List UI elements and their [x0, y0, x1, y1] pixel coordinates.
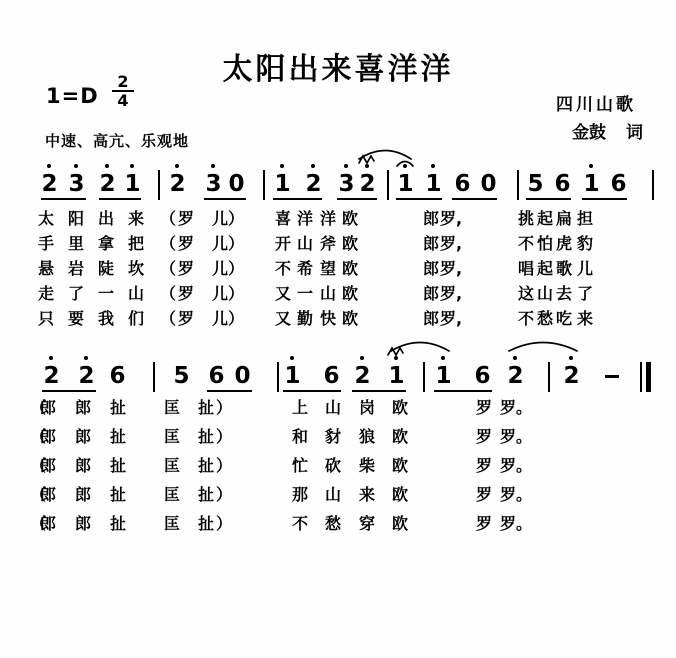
note-digit: 2: [41, 172, 56, 196]
lyric-char: 来: [577, 310, 593, 327]
note-digit: 2: [99, 172, 114, 196]
lyric-char: 罗,: [440, 235, 462, 252]
eighth-beam: [352, 390, 406, 392]
lyric-char: ）: [216, 457, 232, 474]
lyric-char: 里: [68, 235, 84, 252]
note-digit: 6: [610, 172, 625, 196]
note-digit: 6: [323, 364, 338, 388]
lyric-char: 郎: [75, 399, 91, 416]
lyric-char: 郎: [40, 486, 56, 503]
lyric-char: ）: [228, 285, 244, 302]
note-digit: 2: [359, 172, 374, 196]
lyric-char: 欧: [342, 235, 358, 252]
lyric-char: 罗。: [500, 399, 532, 416]
lyric-char: 不: [292, 515, 308, 532]
lyric-char: 郎: [40, 399, 56, 416]
barline: [158, 170, 160, 200]
lyric-char: 罗。: [500, 428, 532, 445]
lyric-char: 罗,: [440, 260, 462, 277]
lyric-char: 虎: [556, 235, 572, 252]
eighth-beam: [273, 198, 322, 200]
lyric-char: 起: [537, 210, 553, 227]
lyric-char: 那: [292, 486, 308, 503]
lyric-char: 山: [128, 285, 144, 302]
octave-dot: [441, 356, 445, 360]
song-title: 太阳出来喜洋洋: [223, 44, 454, 88]
lyric-char: 望: [320, 260, 336, 277]
octave-dot: [431, 164, 435, 168]
lyric-char: （: [160, 260, 176, 277]
lyric-char: 罗: [178, 260, 194, 277]
lyric-char: ）: [228, 260, 244, 277]
lyric-char: 豺: [325, 428, 341, 445]
octave-dot: [49, 356, 53, 360]
lyric-char: 罗,: [440, 310, 462, 327]
lyric-char: 罗,: [440, 210, 462, 227]
lyric-char: 山: [320, 285, 336, 302]
eighth-beam: [207, 390, 252, 392]
lyric-char: 儿: [212, 310, 228, 327]
lyric-char: 上: [292, 399, 308, 416]
octave-dot: [130, 164, 134, 168]
lyric-char: 扯: [110, 515, 126, 532]
lyric-char: 扁: [556, 210, 572, 227]
lyric-char: 悬: [38, 260, 54, 277]
lyric-char: 罗: [178, 310, 194, 327]
octave-dot: [569, 356, 573, 360]
lyric-char: 快: [320, 310, 336, 327]
octave-dot: [105, 164, 109, 168]
note-digit: 6: [554, 172, 569, 196]
eighth-beam: [41, 198, 86, 200]
lyricist-role: 词: [626, 123, 643, 143]
lyric-char: 欧: [392, 486, 408, 503]
lyric-char: ）: [216, 515, 232, 532]
lyric-char: 郎: [75, 486, 91, 503]
lyric-char: 欧: [392, 399, 408, 416]
octave-dot: [175, 164, 179, 168]
note-digit: 3: [68, 172, 83, 196]
lyric-char: 欧: [392, 515, 408, 532]
lyric-char: 一: [98, 285, 114, 302]
lyric-char: 砍: [325, 457, 341, 474]
lyric-char: 郎: [40, 457, 56, 474]
lyric-char: 扯: [110, 399, 126, 416]
lyric-char: 罗: [476, 399, 492, 416]
lyric-char: 怕: [537, 235, 553, 252]
credit-lyricist: 金鼓词: [572, 118, 643, 143]
time-signature-denominator: 4: [110, 93, 136, 108]
key-signature: 1=D: [46, 84, 99, 108]
lyric-char: 这: [518, 285, 534, 302]
lyric-char: 忙: [292, 457, 308, 474]
note-digit: 6: [208, 364, 223, 388]
lyric-char: 了: [577, 285, 593, 302]
lyric-char: 罗: [476, 515, 492, 532]
lyric-char: 手: [38, 235, 54, 252]
lyric-char: 罗。: [500, 486, 532, 503]
lyric-char: 陡: [98, 260, 114, 277]
lyric-char: 斧: [320, 235, 336, 252]
note-digit: 2: [169, 172, 184, 196]
lyric-char: 欧: [392, 428, 408, 445]
octave-dot: [344, 164, 348, 168]
note-digit: 1: [388, 364, 403, 388]
lyric-char: 洋: [297, 210, 313, 227]
lyric-char: 阳: [68, 210, 84, 227]
lyric-char: 郎: [423, 235, 439, 252]
lyric-char: 穿: [359, 515, 375, 532]
note-digit: 2: [354, 364, 369, 388]
note-digit: 5: [173, 364, 188, 388]
lyric-char: 和: [292, 428, 308, 445]
lyric-char: 郎: [423, 260, 439, 277]
lyric-char: 来: [128, 210, 144, 227]
note-digit: 3: [205, 172, 220, 196]
lyric-char: 山: [537, 285, 553, 302]
lyric-char: 走: [38, 285, 54, 302]
note-digit: 5: [527, 172, 542, 196]
lyric-char: 欧: [342, 260, 358, 277]
lyric-char: 们: [128, 310, 144, 327]
lyric-char: 罗: [476, 428, 492, 445]
lyric-char: 郎: [423, 285, 439, 302]
lyric-char: 郎: [423, 210, 439, 227]
octave-dot: [311, 164, 315, 168]
lyric-char: ）: [228, 310, 244, 327]
lyric-char: 不: [518, 310, 534, 327]
lyric-char: 扯: [110, 428, 126, 445]
lyric-char: 匡: [164, 457, 180, 474]
eighth-beam: [434, 390, 492, 392]
lyric-char: 扯: [110, 486, 126, 503]
eighth-beam: [582, 198, 627, 200]
note-digit: 2: [305, 172, 320, 196]
lyric-char: 一: [297, 285, 313, 302]
lyric-char: 愁: [537, 310, 553, 327]
lyric-char: 罗: [178, 210, 194, 227]
lyric-char: 出: [98, 210, 114, 227]
barline: [652, 170, 654, 200]
rest-digit: 0: [234, 364, 249, 388]
lyric-char: 豹: [577, 235, 593, 252]
lyric-char: ）: [216, 486, 232, 503]
lyric-char: 挑: [518, 210, 534, 227]
lyric-char: 来: [359, 486, 375, 503]
eighth-beam: [204, 198, 246, 200]
lyric-char: 喜: [275, 210, 291, 227]
lyric-char: 罗: [178, 285, 194, 302]
eighth-beam: [42, 390, 96, 392]
note-digit: 1: [274, 172, 289, 196]
lyric-char: 欧: [392, 457, 408, 474]
lyric-char: 匡: [164, 428, 180, 445]
lyric-char: 扯: [198, 515, 214, 532]
lyric-char: 岩: [68, 260, 84, 277]
barline: [263, 170, 265, 200]
lyric-char: 罗。: [500, 457, 532, 474]
lyric-char: 又: [275, 285, 291, 302]
lyric-char: 要: [68, 310, 84, 327]
lyric-char: 匡: [164, 515, 180, 532]
lyric-char: 山: [325, 486, 341, 503]
lyric-char: 山: [325, 399, 341, 416]
note-digit: 6: [109, 364, 124, 388]
note-digit: 6: [454, 172, 469, 196]
lyric-char: 歌: [556, 260, 572, 277]
lyric-char: 把: [128, 235, 144, 252]
lyric-char: 勤: [297, 310, 313, 327]
octave-dot: [360, 356, 364, 360]
barline: [423, 362, 425, 392]
small-arc: [396, 158, 414, 167]
lyric-char: 愁: [325, 515, 341, 532]
note-digit: 2: [78, 364, 93, 388]
lyric-char: 郎: [75, 457, 91, 474]
lyric-char: 太: [38, 210, 54, 227]
octave-dot: [84, 356, 88, 360]
lyric-char: 儿: [212, 210, 228, 227]
mordent-icon: [387, 346, 405, 356]
barline: [277, 362, 279, 392]
lyric-char: 了: [68, 285, 84, 302]
lyric-char: 开: [275, 235, 291, 252]
half-note-dash: [605, 375, 619, 378]
time-signature-numerator: 2: [110, 74, 136, 89]
lyric-char: 只: [38, 310, 54, 327]
lyric-char: ）: [228, 210, 244, 227]
time-signature: 2 4: [110, 74, 136, 108]
note-digit: 2: [43, 364, 58, 388]
octave-dot: [513, 356, 517, 360]
eighth-beam: [99, 198, 141, 200]
note-digit: 1: [425, 172, 440, 196]
lyric-char: 担: [577, 210, 593, 227]
lyric-char: 罗: [178, 235, 194, 252]
final-barline-thick: [646, 362, 651, 392]
lyric-char: 山: [297, 235, 313, 252]
lyric-char: 扯: [198, 428, 214, 445]
note-digit: 6: [474, 364, 489, 388]
tempo-marking: 中速、高亢、乐观地: [45, 130, 189, 151]
barline: [153, 362, 155, 392]
credit-source: 四川山歌: [556, 90, 636, 115]
note-digit: 1: [284, 364, 299, 388]
lyric-char: 狼: [359, 428, 375, 445]
note-digit: 1: [435, 364, 450, 388]
lyric-char: 拿: [98, 235, 114, 252]
lyric-char: 郎: [75, 515, 91, 532]
lyric-char: ）: [216, 399, 232, 416]
barline: [517, 170, 519, 200]
note-digit: 1: [583, 172, 598, 196]
lyric-char: （: [160, 210, 176, 227]
tie-arc: [508, 336, 578, 352]
lyric-char: 扯: [198, 486, 214, 503]
octave-dot: [589, 164, 593, 168]
lyric-char: 匡: [164, 486, 180, 503]
lyricist-name: 金鼓: [572, 123, 606, 143]
lyric-char: （: [160, 285, 176, 302]
rest-digit: 0: [228, 172, 243, 196]
lyric-char: 罗。: [500, 515, 532, 532]
octave-dot: [290, 356, 294, 360]
lyric-char: 去: [556, 285, 572, 302]
lyric-char: 郎: [423, 310, 439, 327]
note-digit: 1: [397, 172, 412, 196]
lyric-char: 儿: [212, 235, 228, 252]
lyric-char: 扯: [198, 399, 214, 416]
lyric-char: 起: [537, 260, 553, 277]
lyric-char: 柴: [359, 457, 375, 474]
lyric-char: 欧: [342, 285, 358, 302]
lyric-char: 儿: [212, 260, 228, 277]
note-digit: 2: [507, 364, 522, 388]
lyric-char: 又: [275, 310, 291, 327]
note-digit: 3: [338, 172, 353, 196]
barline: [387, 170, 389, 200]
lyric-char: ）: [216, 428, 232, 445]
lyric-char: 扯: [110, 457, 126, 474]
lyric-char: 吃: [556, 310, 572, 327]
lyric-char: 罗: [476, 486, 492, 503]
octave-dot: [47, 164, 51, 168]
note-digit: 1: [124, 172, 139, 196]
eighth-beam: [337, 198, 377, 200]
lyric-char: 欧: [342, 210, 358, 227]
final-barline-thin: [640, 362, 642, 392]
eighth-beam: [526, 198, 571, 200]
lyric-char: （: [160, 235, 176, 252]
lyric-char: 匡: [164, 399, 180, 416]
lyric-char: 儿: [577, 260, 593, 277]
lyric-char: 唱: [518, 260, 534, 277]
lyric-char: 郎: [40, 428, 56, 445]
eighth-beam: [396, 198, 442, 200]
octave-dot: [74, 164, 78, 168]
lyric-char: 儿: [212, 285, 228, 302]
lyric-char: 岗: [359, 399, 375, 416]
eighth-beam: [452, 198, 497, 200]
note-digit: 2: [563, 364, 578, 388]
lyric-char: 不: [518, 235, 534, 252]
lyric-char: 我: [98, 310, 114, 327]
octave-dot: [280, 164, 284, 168]
lyric-char: 希: [297, 260, 313, 277]
lyric-char: 不: [275, 260, 291, 277]
lyric-char: 郎: [40, 515, 56, 532]
mordent-icon: [358, 154, 376, 164]
lyric-char: 罗: [476, 457, 492, 474]
lyric-char: 洋: [320, 210, 336, 227]
rest-digit: 0: [480, 172, 495, 196]
lyric-char: 欧: [342, 310, 358, 327]
lyric-char: 郎: [75, 428, 91, 445]
octave-dot: [211, 164, 215, 168]
barline: [548, 362, 550, 392]
lyric-char: （: [160, 310, 176, 327]
eighth-beam: [283, 390, 341, 392]
lyric-char: 罗,: [440, 285, 462, 302]
lyric-char: 坎: [128, 260, 144, 277]
lyric-char: 扯: [198, 457, 214, 474]
sheet-music-page: { "colors": { "ink": "#000000", "paper":…: [0, 0, 676, 658]
lyric-char: ）: [228, 235, 244, 252]
